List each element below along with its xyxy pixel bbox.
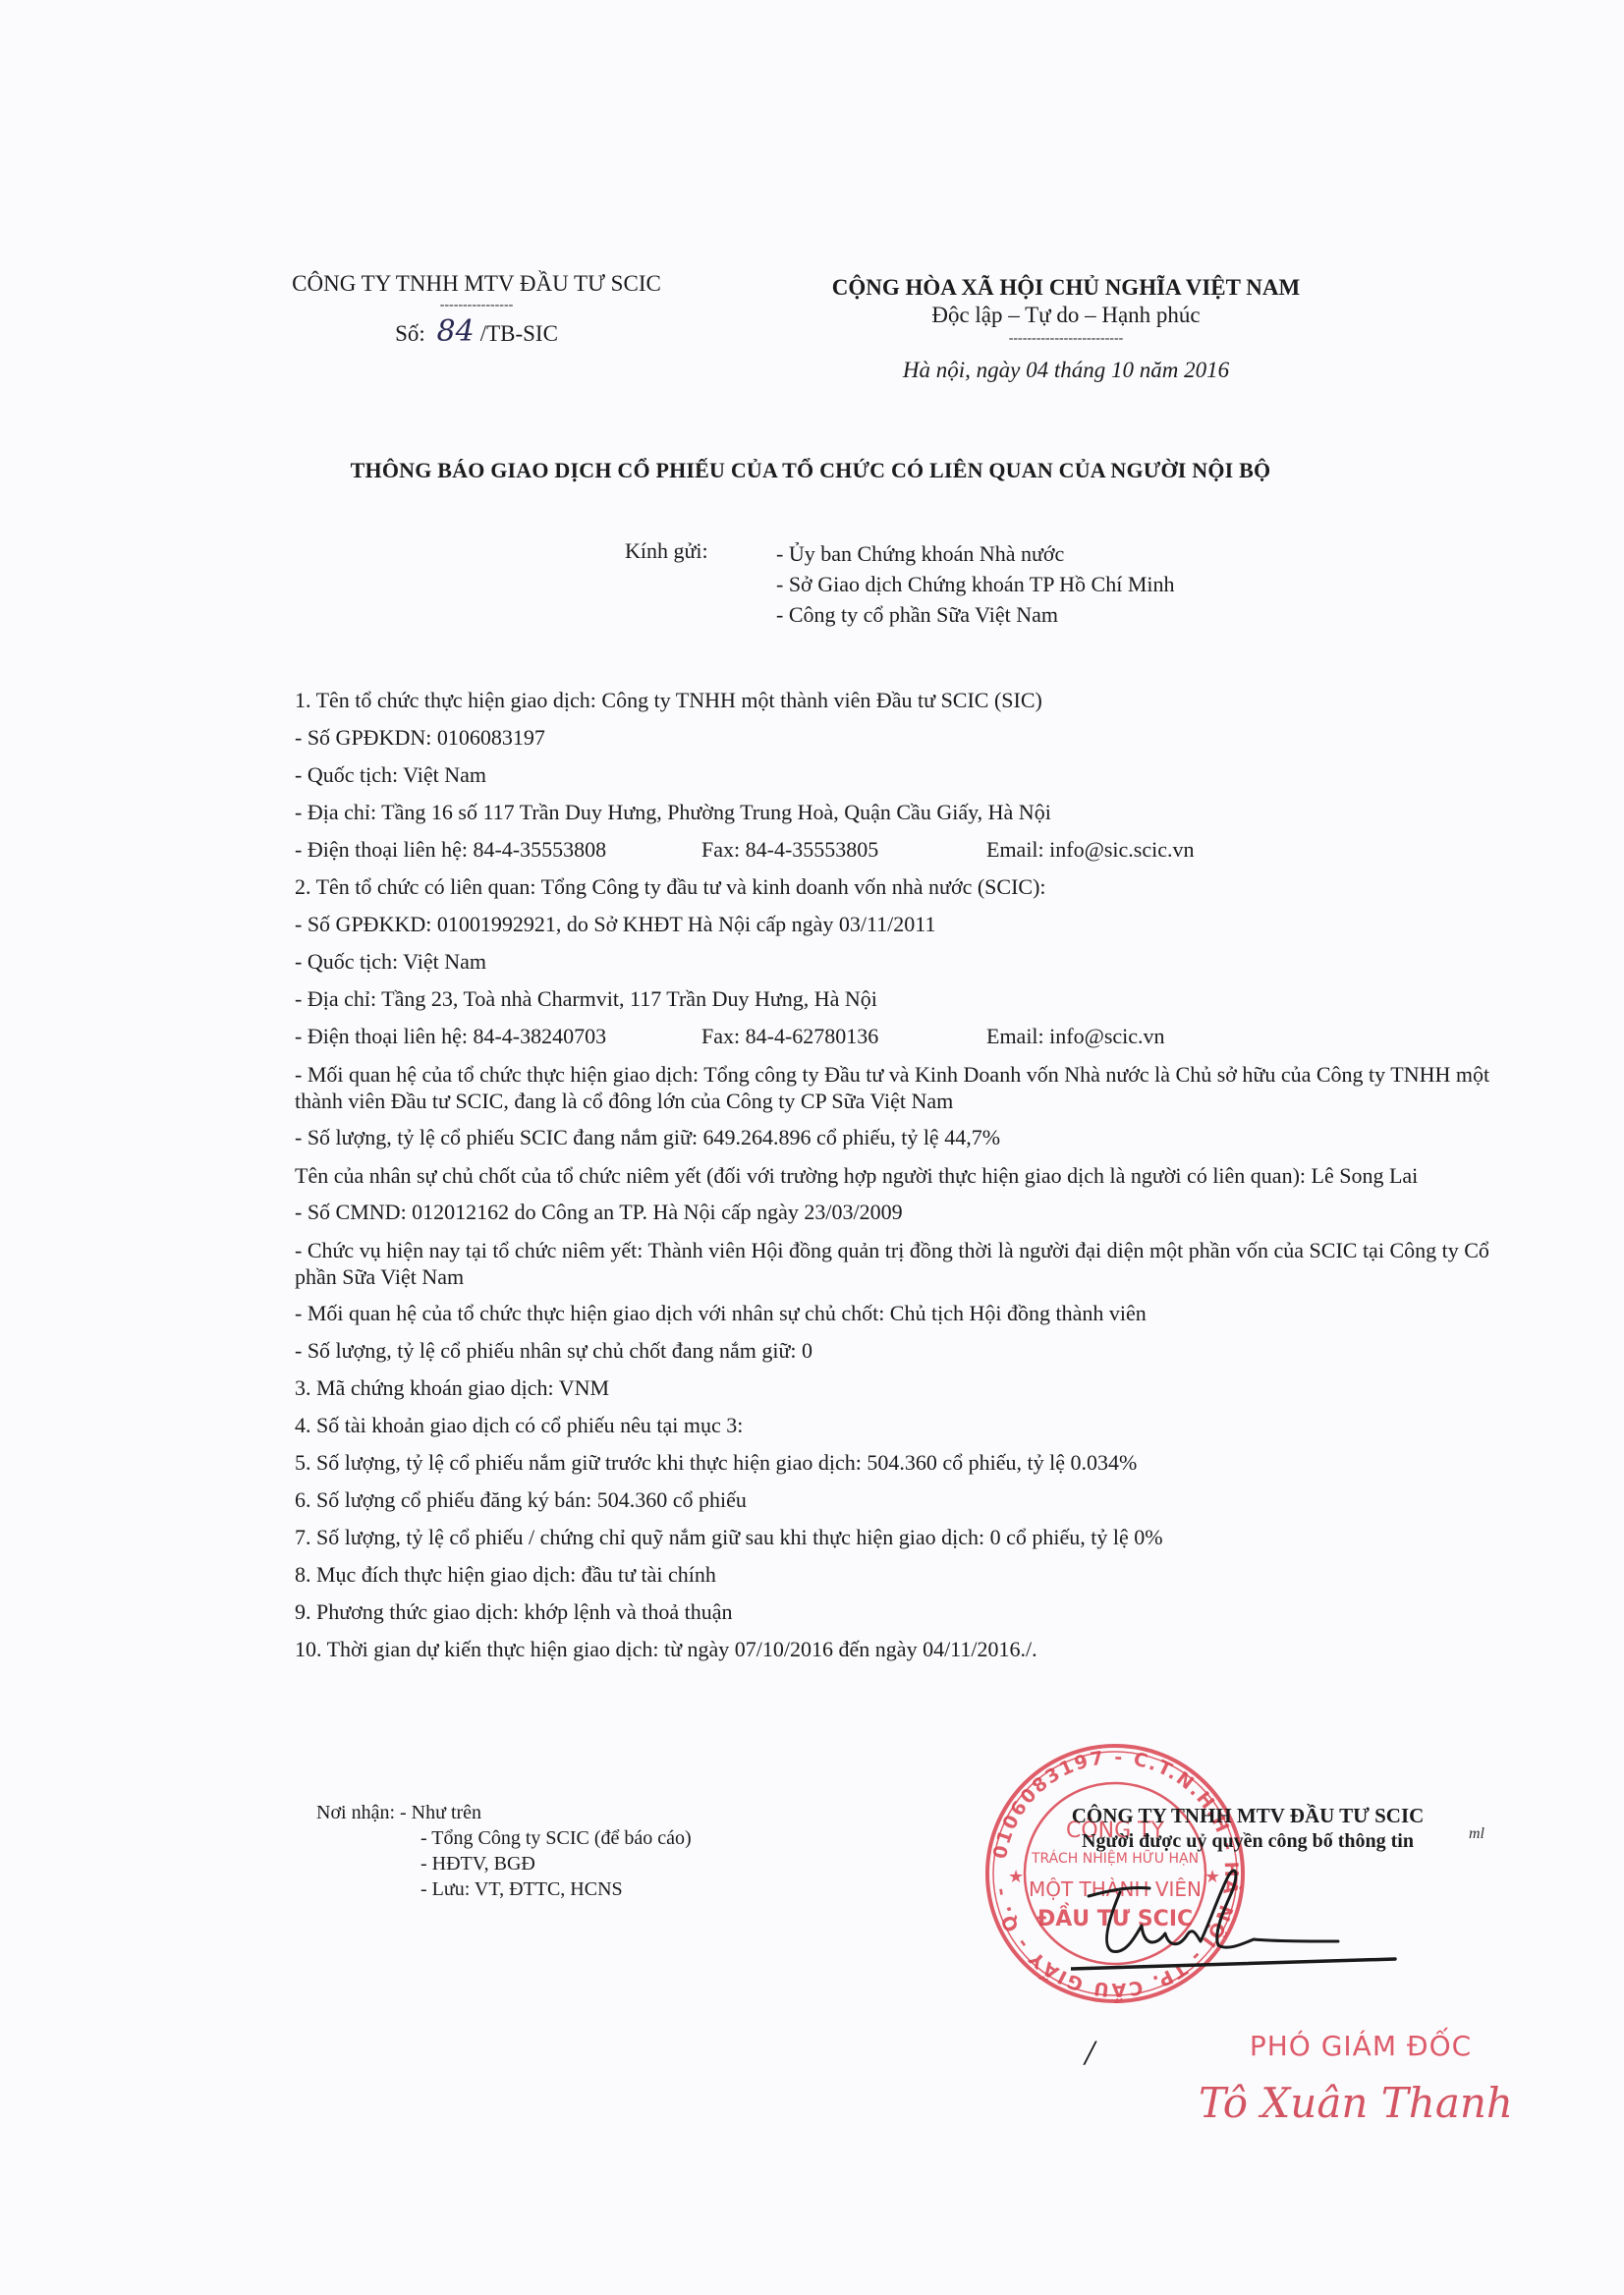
addressee-item: - Sở Giao dịch Chứng khoán TP Hồ Chí Min…	[776, 569, 1175, 599]
document-number-handwritten: 84	[437, 314, 475, 349]
signatory-org: CÔNG TY TNHH MTV ĐẦU TƯ SCIC	[982, 1804, 1513, 1828]
document-body: 1. Tên tổ chức thực hiện giao dịch: Công…	[295, 682, 1493, 1668]
section-2-fax: Fax: 84-4-62780136	[701, 1018, 986, 1055]
section-2-relationship: - Mối quan hệ của tổ chức thực hiện giao…	[295, 1061, 1493, 1114]
section-2-phone: - Điện thoại liên hệ: 84-4-38240703	[295, 1018, 701, 1055]
deputy-director-name: Tô Xuân Thanh	[1149, 2079, 1562, 2127]
section-2-contact: - Điện thoại liên hệ: 84-4-38240703Fax: …	[295, 1018, 1493, 1055]
recipient-item: - Như trên	[400, 1802, 481, 1823]
national-motto: Độc lập – Tự do – Hạnh phúc	[776, 303, 1356, 328]
key-person-id: - Số CMND: 012012162 do Công an TP. Hà N…	[295, 1194, 1493, 1231]
svg-text:★: ★	[1008, 1867, 1024, 1887]
recipient-item: - HĐTV, BGĐ	[316, 1851, 692, 1876]
national-header: CỘNG HÒA XÃ HỘI CHỦ NGHĨA VIỆT NAM Độc l…	[776, 275, 1356, 383]
issuer-divider: ----------------	[246, 299, 707, 312]
section-10: 10. Thời gian dự kiến thực hiện giao dịc…	[295, 1631, 1493, 1668]
section-5: 5. Số lượng, tỷ lệ cổ phiếu nắm giữ trướ…	[295, 1444, 1493, 1482]
section-2-title: 2. Tên tổ chức có liên quan: Tổng Công t…	[295, 868, 1493, 906]
issuer-name: CÔNG TY TNHH MTV ĐẦU TƯ SCIC	[246, 271, 707, 297]
key-person-position: - Chức vụ hiện nay tại tổ chức niêm yết:…	[295, 1237, 1493, 1290]
section-2-email: Email: info@scic.vn	[986, 1018, 1165, 1055]
section-9: 9. Phương thức giao dịch: khớp lệnh và t…	[295, 1594, 1493, 1631]
initial-mark: ml	[1469, 1825, 1484, 1843]
section-1-license: - Số GPĐKDN: 0106083197	[295, 719, 1493, 756]
section-1-contact: - Điện thoại liên hệ: 84-4-35553808Fax: …	[295, 831, 1493, 868]
addressee-label: Kính gửi:	[625, 538, 708, 564]
document-number-suffix: /TB-SIC	[480, 321, 558, 346]
addressee-list: - Ủy ban Chứng khoán Nhà nước - Sở Giao …	[776, 538, 1175, 630]
recipients-block: Nơi nhận: - Như trên - Tổng Công ty SCIC…	[316, 1800, 692, 1902]
document-number-label: Số:	[395, 321, 425, 346]
issuer-header: CÔNG TY TNHH MTV ĐẦU TƯ SCIC -----------…	[246, 271, 707, 349]
recipient-item: - Tổng Công ty SCIC (để báo cáo)	[316, 1825, 692, 1851]
document-title: THÔNG BÁO GIAO DỊCH CỔ PHIẾU CỦA TỔ CHỨC…	[196, 458, 1425, 483]
section-2-address: - Địa chỉ: Tầng 23, Toà nhà Charmvit, 11…	[295, 980, 1493, 1018]
section-1-fax: Fax: 84-4-35553805	[701, 831, 986, 868]
recipients-label: Nơi nhận:	[316, 1802, 395, 1823]
section-4: 4. Số tài khoản giao dịch có cổ phiếu nê…	[295, 1407, 1493, 1444]
section-8: 8. Mục đích thực hiện giao dịch: đầu tư …	[295, 1556, 1493, 1594]
recipient-item: - Lưu: VT, ĐTTC, HCNS	[316, 1876, 692, 1902]
place-date: Hà nội, ngày 04 tháng 10 năm 2016	[776, 358, 1356, 383]
section-3: 3. Mã chứng khoán giao dịch: VNM	[295, 1370, 1493, 1407]
key-person-holding: - Số lượng, tỷ lệ cổ phiếu nhân sự chủ c…	[295, 1332, 1493, 1370]
section-1-address: - Địa chỉ: Tầng 16 số 117 Trần Duy Hưng,…	[295, 794, 1493, 831]
key-person-name: Tên của nhân sự chủ chốt của tổ chức niê…	[295, 1162, 1493, 1189]
key-person-relationship: - Mối quan hệ của tổ chức thực hiện giao…	[295, 1295, 1493, 1332]
section-1-phone: - Điện thoại liên hệ: 84-4-35553808	[295, 831, 701, 868]
signature-block: CÔNG TY TNHH MTV ĐẦU TƯ SCIC Người được …	[982, 1804, 1513, 1853]
section-6: 6. Số lượng cổ phiếu đăng ký bán: 504.36…	[295, 1482, 1493, 1519]
section-1-nationality: - Quốc tịch: Việt Nam	[295, 756, 1493, 794]
document-number: Số: 84/TB-SIC	[246, 314, 707, 349]
addressee-item: - Công ty cổ phần Sữa Việt Nam	[776, 599, 1175, 630]
section-1-title: 1. Tên tổ chức thực hiện giao dịch: Công…	[295, 682, 1493, 719]
section-2-license: - Số GPĐKKD: 01001992921, do Sở KHĐT Hà …	[295, 906, 1493, 943]
section-2-nationality: - Quốc tịch: Việt Nam	[295, 943, 1493, 980]
section-1-email: Email: info@sic.scic.vn	[986, 831, 1195, 868]
section-2-holding: - Số lượng, tỷ lệ cổ phiếu SCIC đang nắm…	[295, 1119, 1493, 1156]
signatory-role: Người được uỷ quyền công bố thông tin	[982, 1830, 1513, 1853]
deputy-director-title: PHÓ GIÁM ĐỐC	[1174, 2030, 1547, 2062]
slash-mark: /	[1085, 2032, 1094, 2073]
addressee-item: - Ủy ban Chứng khoán Nhà nước	[776, 538, 1175, 569]
nation-title: CỘNG HÒA XÃ HỘI CHỦ NGHĨA VIỆT NAM	[776, 275, 1356, 301]
motto-divider: -------------------------	[776, 332, 1356, 346]
section-7: 7. Số lượng, tỷ lệ cổ phiếu / chứng chỉ …	[295, 1519, 1493, 1556]
handwritten-signature-icon	[1071, 1857, 1415, 1985]
